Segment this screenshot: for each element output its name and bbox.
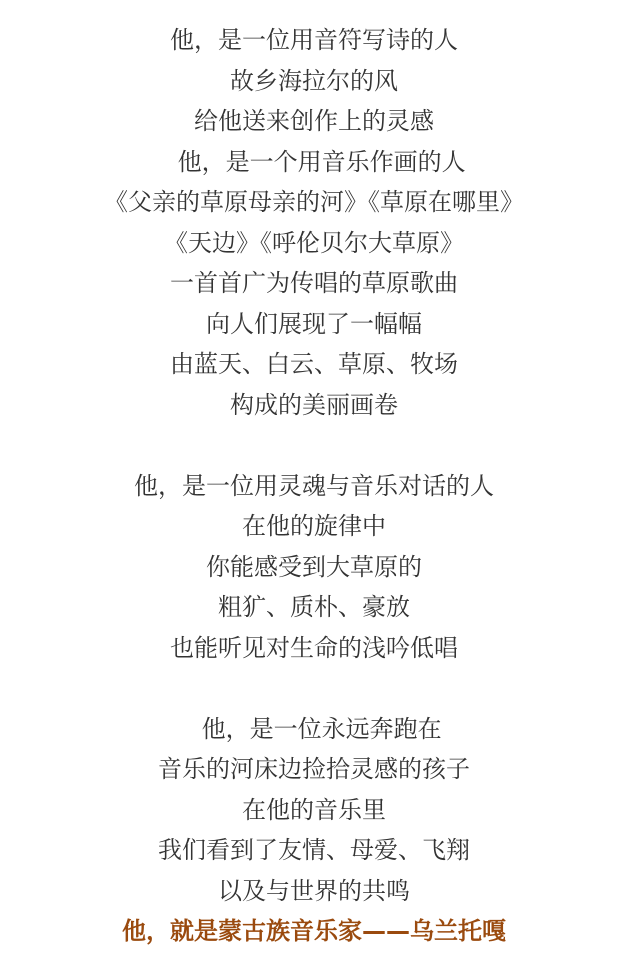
poem-line: 《天边》《呼伦贝尔大草原》	[0, 223, 628, 264]
poem-line: 在他的旋律中	[0, 506, 628, 547]
poem-line: 故乡海拉尔的风	[0, 61, 628, 102]
poem-line: 他，是一位永远奔跑在	[0, 709, 628, 750]
stanza-1: 他，是一位用音符写诗的人 故乡海拉尔的风 给他送来创作上的灵感 他，是一个用音乐…	[0, 20, 628, 425]
closing-line: 他，就是蒙古族音乐家——乌兰托嘎	[0, 911, 628, 952]
poem-line: 给他送来创作上的灵感	[0, 101, 628, 142]
poem: 他，是一位用音符写诗的人 故乡海拉尔的风 给他送来创作上的灵感 他，是一个用音乐…	[0, 0, 628, 952]
poem-line: 他，是一个用音乐作画的人	[0, 142, 628, 183]
stanza-3: 他，是一位永远奔跑在 音乐的河床边捡拾灵感的孩子 在他的音乐里 我们看到了友情、…	[0, 709, 628, 952]
stanza-2: 他，是一位用灵魂与音乐对话的人 在他的旋律中 你能感受到大草原的 粗犷、质朴、豪…	[0, 466, 628, 669]
poem-line: 构成的美丽画卷	[0, 385, 628, 426]
poem-line: 他，是一位用音符写诗的人	[0, 20, 628, 61]
poem-line: 《父亲的草原母亲的河》《草原在哪里》	[0, 182, 628, 223]
poem-line: 你能感受到大草原的	[0, 547, 628, 588]
stanza-break	[0, 668, 628, 709]
poem-line: 向人们展现了一幅幅	[0, 304, 628, 345]
poem-line: 粗犷、质朴、豪放	[0, 587, 628, 628]
stanza-break	[0, 425, 628, 466]
poem-line: 也能听见对生命的浅吟低唱	[0, 628, 628, 669]
poem-line: 以及与世界的共鸣	[0, 871, 628, 912]
poem-line: 由蓝天、白云、草原、牧场	[0, 344, 628, 385]
poem-line: 一首首广为传唱的草原歌曲	[0, 263, 628, 304]
poem-line: 在他的音乐里	[0, 790, 628, 831]
poem-line: 他，是一位用灵魂与音乐对话的人	[0, 466, 628, 507]
poem-line: 我们看到了友情、母爱、飞翔	[0, 830, 628, 871]
poem-line: 音乐的河床边捡拾灵感的孩子	[0, 749, 628, 790]
